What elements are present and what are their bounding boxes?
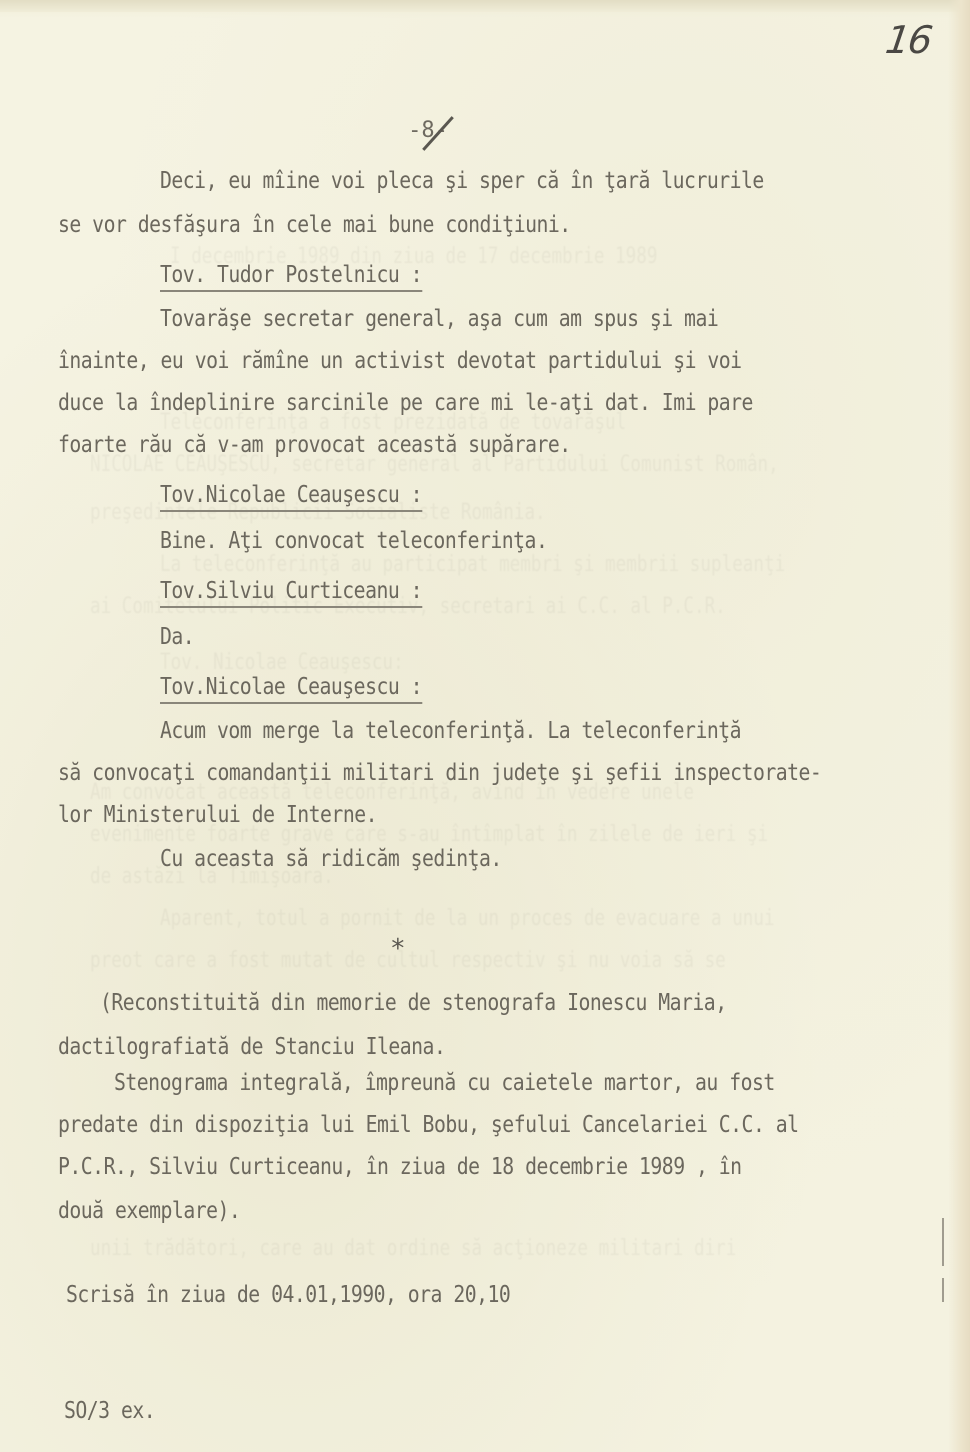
bleed-through-text: unii trădători, care au dat ordine să ac…: [90, 1236, 736, 1261]
speaker-heading: Tov.Silviu Curticeanu :: [160, 578, 422, 608]
text-line: (Reconstituită din memorie de stenografa…: [100, 990, 727, 1016]
text-line: P.C.R., Silviu Curticeanu, în ziua de 18…: [58, 1154, 742, 1180]
page-right-edge: [948, 0, 970, 1452]
text-line: Cu aceasta să ridicăm şedinţa.: [160, 846, 502, 872]
text-line: predate din dispoziţia lui Emil Bobu, şe…: [58, 1112, 799, 1138]
text-line: lor Ministerului de Interne.: [58, 802, 377, 828]
bleed-through-text: Tov. Nicolae Ceauşescu:: [160, 650, 404, 675]
text-line: duce la îndeplinire sarcinile pe care mi…: [58, 390, 753, 416]
text-line: Bine. Aţi convocat teleconferinţa.: [160, 528, 547, 554]
bleed-through-text: La teleconferinţă au participat membri ş…: [160, 552, 785, 577]
section-separator: *: [390, 934, 406, 964]
page-top-edge: [0, 0, 970, 12]
edge-mark: [942, 1218, 944, 1266]
text-line: se vor desfăşura în cele mai bune condiţ…: [58, 212, 571, 238]
copy-reference: SO/3 ex.: [64, 1398, 155, 1424]
text-line: foarte rău că v-am provocat această supă…: [58, 432, 571, 458]
handwritten-folio-number: 16: [883, 18, 934, 62]
speaker-heading: Tov.Nicolae Ceauşescu :: [160, 674, 422, 704]
text-line: două exemplare).: [58, 1198, 240, 1224]
text-line: Deci, eu mîine voi pleca şi sper că în ţ…: [160, 168, 764, 194]
page-number-text: -8-: [388, 118, 468, 143]
text-line: Stenograma integrală, împreună cu caiete…: [114, 1070, 775, 1096]
speaker-heading: Tov. Tudor Postelnicu :: [160, 262, 422, 292]
text-line: să convocaţi comandanţii militari din ju…: [58, 760, 821, 786]
edge-mark: [942, 1278, 944, 1302]
text-line: Tovarăşe secretar general, aşa cum am sp…: [160, 306, 718, 332]
text-line: dactilografiată de Stanciu Ileana.: [58, 1034, 445, 1060]
page-number: -8-: [388, 112, 468, 152]
speaker-heading: Tov.Nicolae Ceauşescu :: [160, 482, 422, 512]
text-line: Acum vom merge la teleconferinţă. La tel…: [160, 718, 741, 744]
bleed-through-text: preot care a fost mutat de cultul respec…: [90, 948, 726, 973]
text-line: Da.: [160, 624, 194, 650]
date-line: Scrisă în ziua de 04.01,1990, ora 20,10: [66, 1282, 510, 1308]
document-page: I decembrie 1989 din ziua de 17 decembri…: [0, 0, 970, 1452]
text-line: înainte, eu voi rămîne un activist devot…: [58, 348, 742, 374]
bleed-through-text: Aparent, totul a pornit de la un proces …: [160, 906, 775, 931]
